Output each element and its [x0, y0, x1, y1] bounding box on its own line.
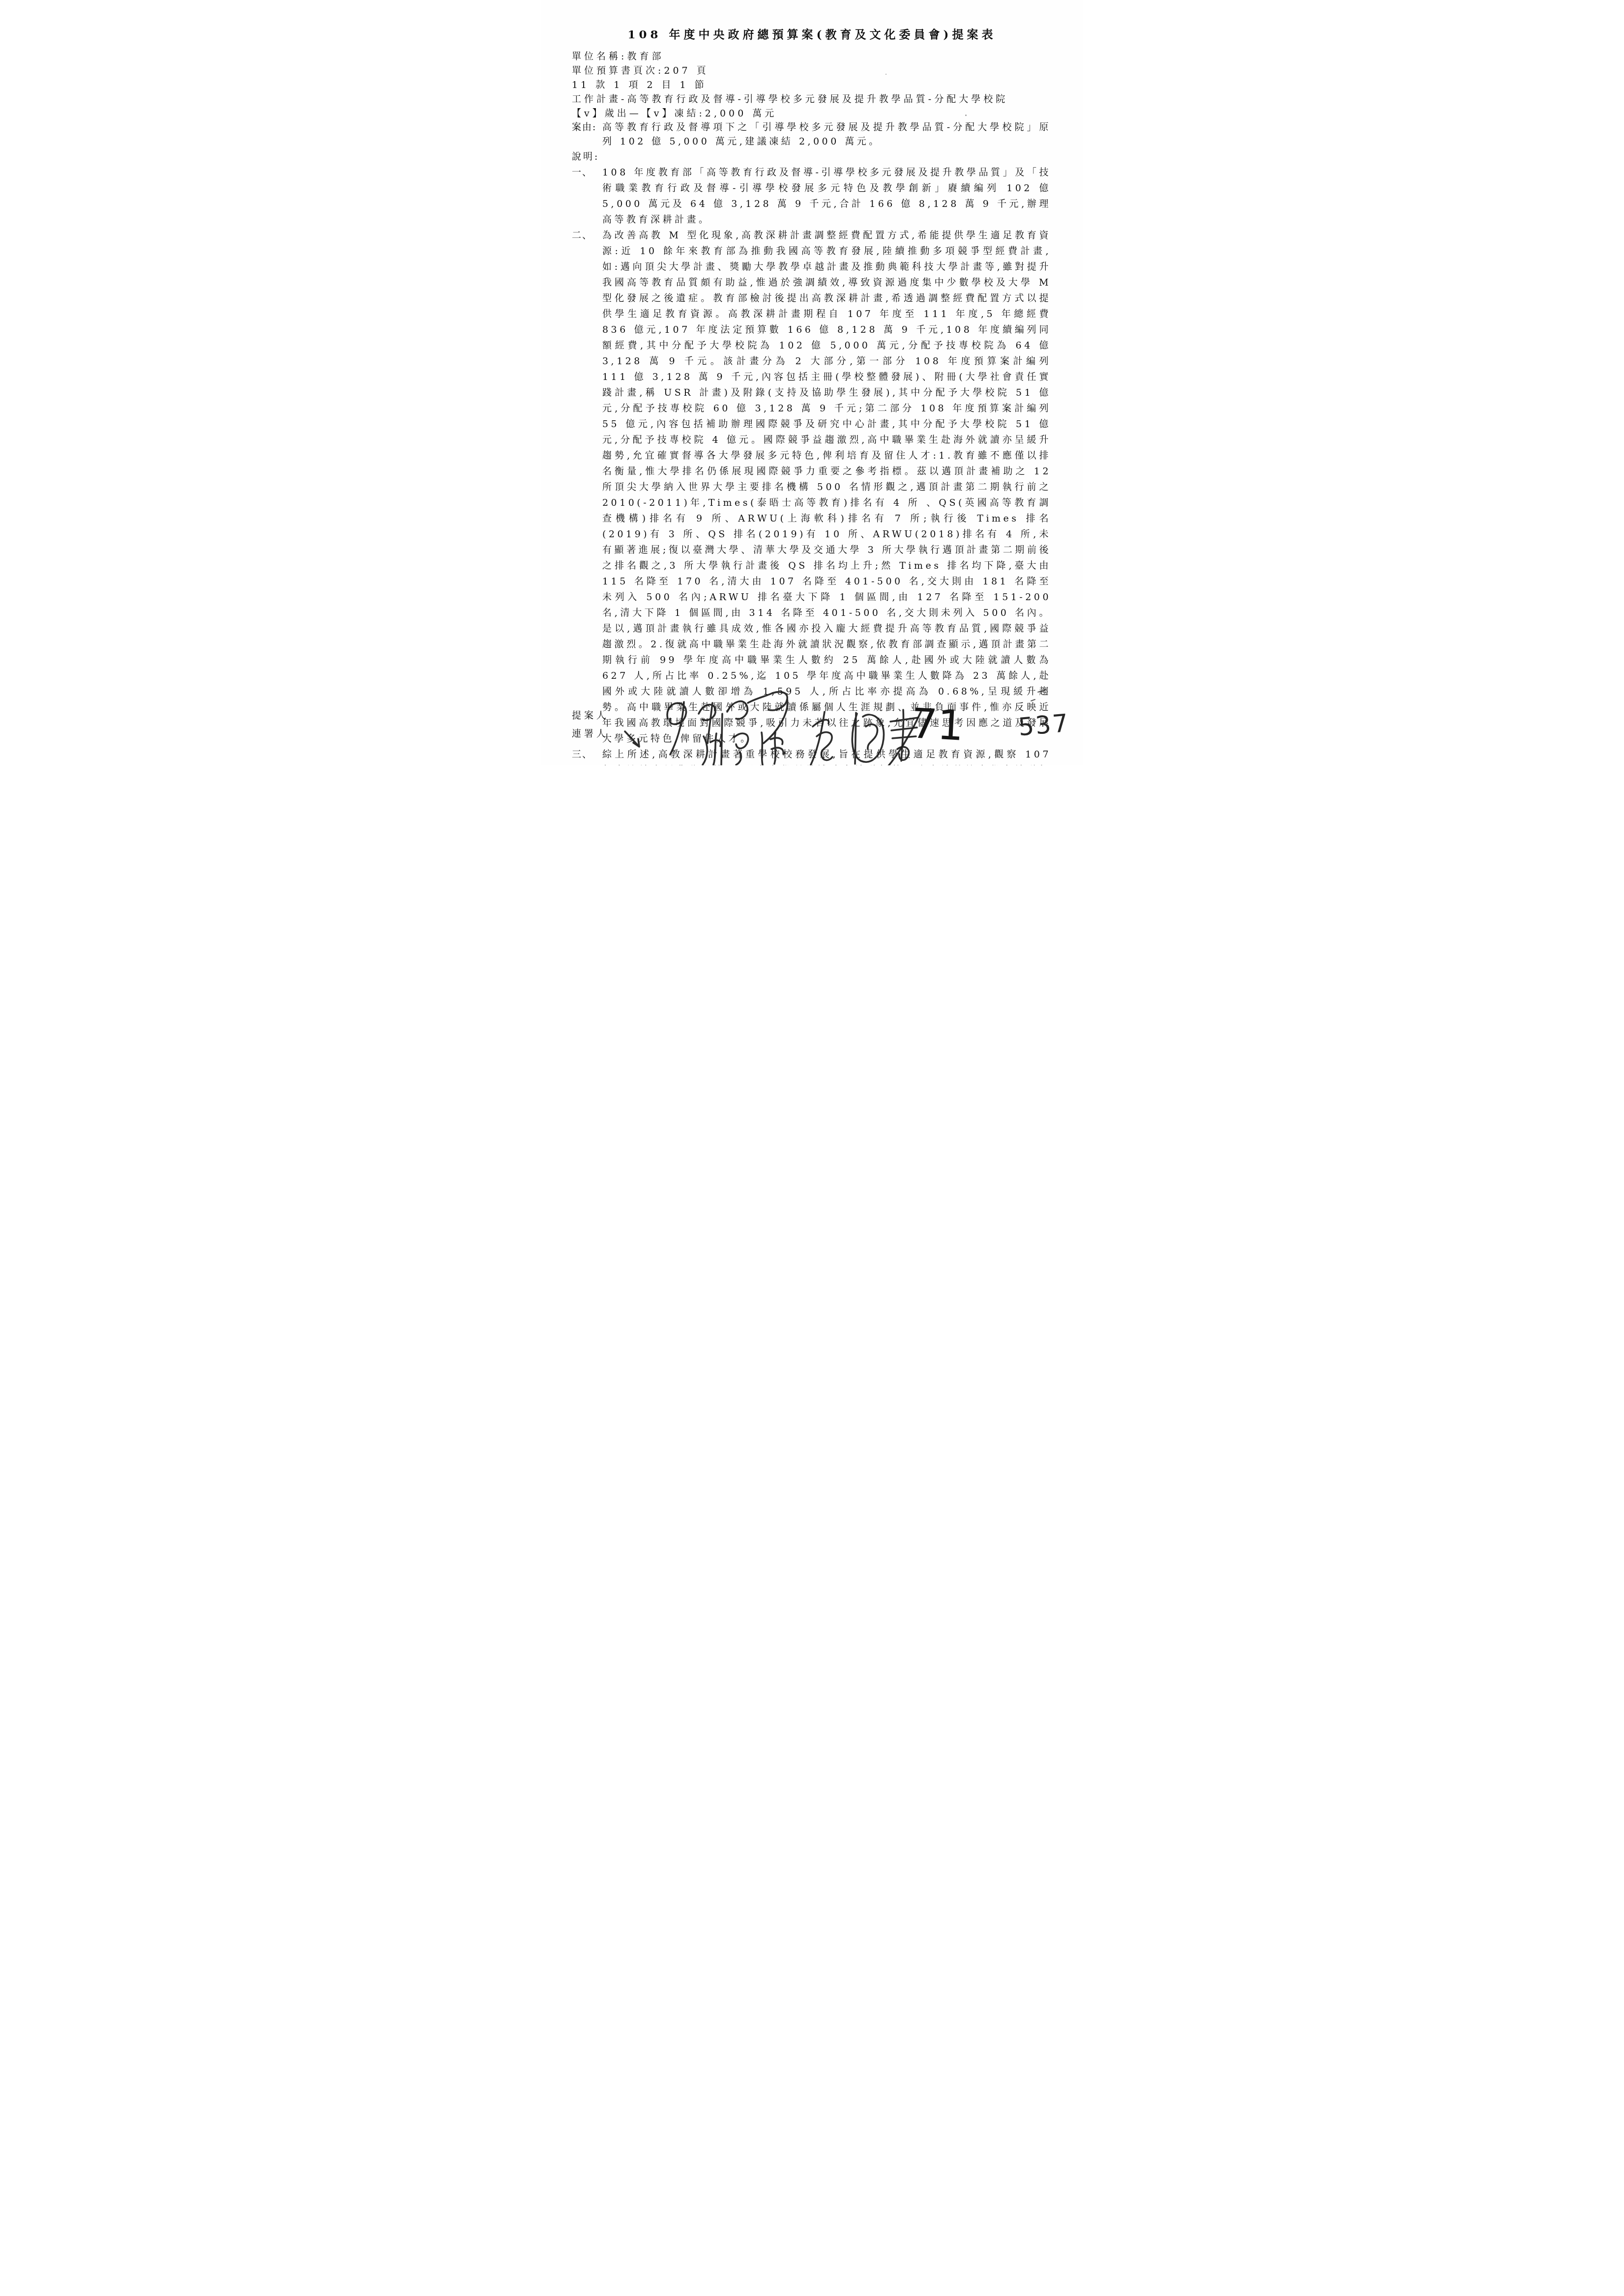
explanation-item-2: 二、 為改善高教 M 型化現象,高教深耕計畫調整經費配置方式,希能提供學生適足教…: [541, 228, 1051, 747]
clause-item-section-line: 11 款 1 項 2 目 1 節: [572, 78, 707, 91]
item-3-text: 綜上所述,高教深耕計畫著重學校校務發展,旨在提供學生適足教育資源,觀察 107 …: [602, 749, 1051, 765]
cosigner-label: 連署人: [572, 727, 609, 740]
expenditure-freeze-checkbox-line: 【v】歲出—【v】凍結:2,000 萬元: [572, 106, 777, 119]
case-summary: 案由: 高等教育行政及督導項下之「引導學校多元發展及提升教學品質-分配大學校院」…: [541, 120, 1051, 149]
budget-book-page-line: 單位預算書頁次:207 頁: [572, 63, 709, 77]
case-text: 高等教育行政及督導項下之「引導學校多元發展及提升教學品質-分配大學校院」原列 1…: [602, 122, 1051, 147]
case-label: 案由:: [572, 120, 596, 135]
explanation-item-1: 一、 108 年度教育部「高等教育行政及督導-引導學校多元發展及提升教學品質」及…: [541, 165, 1051, 228]
handwritten-number-71: 71: [910, 702, 965, 746]
item-3-number: 三、: [572, 747, 592, 762]
scan-speck: [886, 74, 886, 75]
page-title: 108 年度中央政府總預算案(教育及文化委員會)提案表: [541, 26, 1083, 42]
item-2-number: 二、: [572, 228, 592, 243]
item-2-text: 為改善高教 M 型化現象,高教深耕計畫調整經費配置方式,希能提供學生適足教育資源…: [602, 230, 1051, 744]
handwritten-number-537: 537: [1017, 711, 1070, 740]
work-plan-line: 工作計畫-高等教育行政及督導-引導學校多元發展及提升教學品質-分配大學校院: [572, 92, 1008, 105]
item-1-text: 108 年度教育部「高等教育行政及督導-引導學校多元發展及提升教學品質」及「技術…: [602, 167, 1051, 225]
proposer-label: 提案人: [572, 708, 609, 722]
scanned-document-page: 108 年度中央政府總預算案(教育及文化委員會)提案表 單位名稱:教育部 單位預…: [541, 0, 1083, 765]
explanation-section: 說明: 一、 108 年度教育部「高等教育行政及督導-引導學校多元發展及提升教學…: [541, 149, 1051, 765]
scan-speck: [965, 115, 967, 116]
explanation-item-3: 三、 綜上所述,高教深耕計畫著重學校校務發展,旨在提供學生適足教育資源,觀察 1…: [541, 747, 1051, 765]
explanation-label: 說明:: [572, 149, 1051, 165]
unit-name-line: 單位名稱:教育部: [572, 49, 664, 62]
item-1-number: 一、: [572, 165, 592, 180]
